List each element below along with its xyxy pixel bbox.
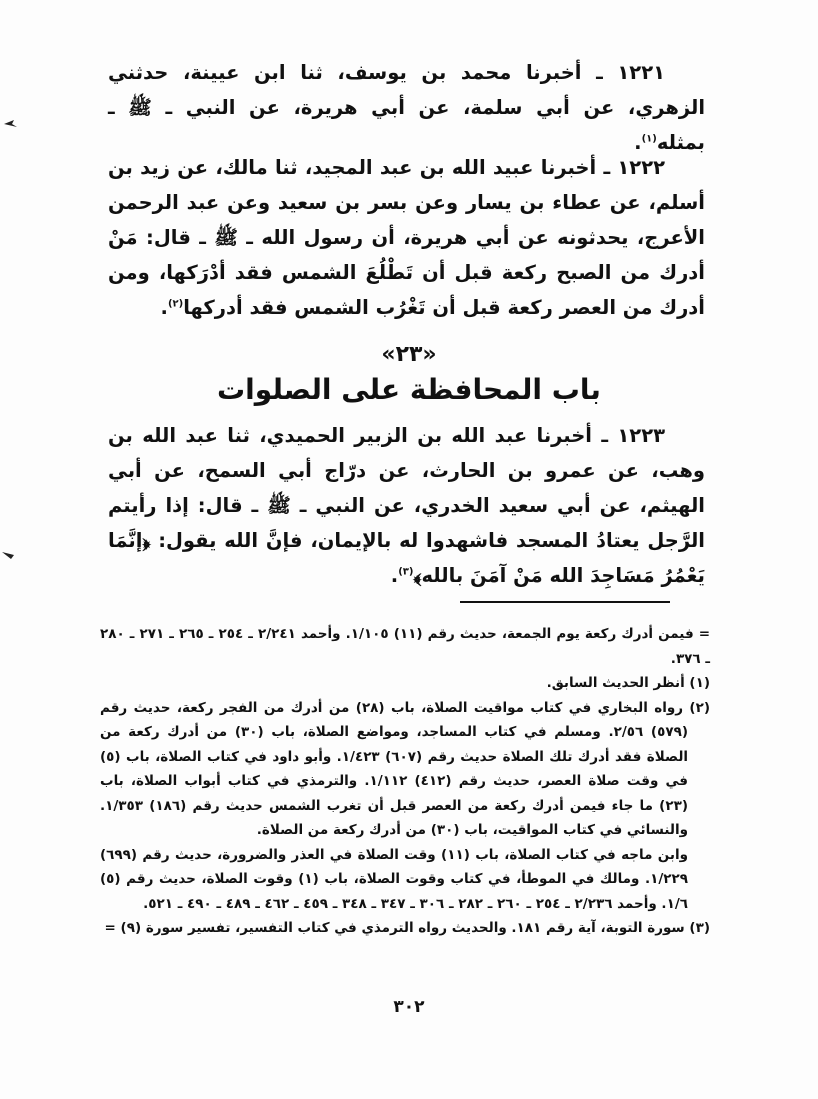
footnote-1: (١) أنظر الحديث السابق.: [100, 671, 710, 696]
hadith-1223: ١٢٢٣ ـ أخبرنا عبد الله بن الزبير الحميدي…: [108, 418, 705, 593]
book-page: ١٢٢١ ـ أخبرنا محمد بن يوسف، ثنا ابن عيين…: [0, 0, 818, 1099]
hadith-1221: ١٢٢١ ـ أخبرنا محمد بن يوسف، ثنا ابن عيين…: [108, 55, 705, 160]
chapter-title: باب المحافظة على الصلوات: [0, 370, 818, 410]
footnote-ref[interactable]: (٣): [398, 567, 413, 578]
hadith-text: ١٢٢١ ـ أخبرنا محمد بن يوسف، ثنا ابن عيين…: [108, 61, 705, 154]
scan-artifact-mark: [4, 118, 18, 128]
page-number: ٣٠٢: [0, 997, 818, 1017]
hadith-end: .: [161, 296, 168, 319]
chapter-number: «٢٣»: [0, 340, 818, 370]
footnote-label: (١): [689, 675, 710, 691]
hadith-text: ١٢٢٣ ـ أخبرنا عبد الله بن الزبير الحميدي…: [108, 424, 705, 587]
footnote-2: (٢) رواه البخاري في كتاب مواقيت الصلاة، …: [100, 696, 710, 843]
footnote-ref[interactable]: (١): [642, 134, 657, 145]
footnote-label: (٢): [689, 700, 710, 716]
footnote-3: (٣) سورة التوبة، آية رقم ١٨١. والحديث رو…: [100, 916, 710, 941]
footnotes-section: = فيمن أدرك ركعة يوم الجمعة، حديث رقم (١…: [100, 622, 710, 941]
footnote-2-continuation: وابن ماجه في كتاب الصلاة، باب (١١) وقت ا…: [100, 843, 710, 917]
hadith-text: ١٢٢٢ ـ أخبرنا عبيد الله بن عبد المجيد، ث…: [108, 156, 705, 319]
scan-artifact-mark: [2, 550, 16, 560]
footnote-ref[interactable]: (٢): [168, 299, 183, 310]
footnote-text: أنظر الحديث السابق.: [547, 675, 685, 691]
footnote-separator: [460, 601, 670, 603]
footnote-text: سورة التوبة، آية رقم ١٨١. والحديث رواه ا…: [105, 920, 685, 936]
footnote-text: رواه البخاري في كتاب مواقيت الصلاة، باب …: [100, 700, 688, 839]
hadith-1222: ١٢٢٢ ـ أخبرنا عبيد الله بن عبد المجيد، ث…: [108, 150, 705, 325]
footnote-continuation: = فيمن أدرك ركعة يوم الجمعة، حديث رقم (١…: [100, 622, 710, 671]
footnote-label: (٣): [689, 920, 710, 936]
